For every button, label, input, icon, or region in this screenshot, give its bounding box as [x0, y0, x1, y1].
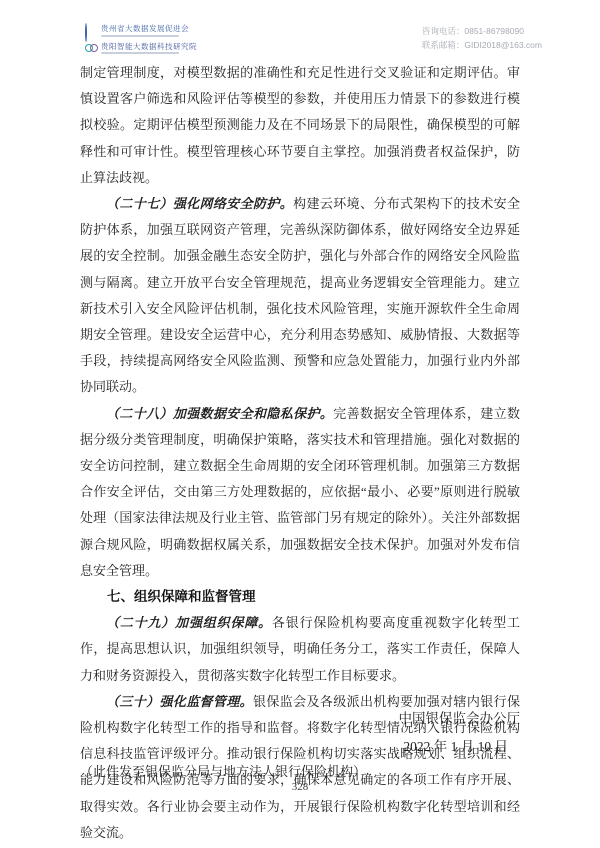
logo-column: 贵州省大数据发展促进会 贵阳智能大数据科技研究院: [85, 24, 197, 54]
contact-phone-line: 咨询电话：0851-86798090: [422, 24, 542, 38]
association-logo-text: 贵州省大数据发展促进会: [101, 24, 189, 37]
paragraph-27: （二十七）强化网络安全防护。构建云环境、分布式架构下的技术安全防护体系，加强互联…: [80, 191, 520, 401]
institute-logo: 贵阳智能大数据科技研究院: [85, 42, 197, 55]
phone-label: 咨询电话：: [422, 26, 465, 36]
institute-name: 贵阳智能大数据科技研究院: [101, 42, 197, 51]
institute-subtitle-bar: [101, 52, 179, 54]
contact-info: 咨询电话：0851-86798090 联系邮箱：GIDI2018@163.com: [422, 24, 542, 52]
paragraph-27-text: 构建云环境、分布式架构下的技术安全防护体系，加强互联网资产管理，完善纵深防御体系…: [80, 196, 520, 394]
association-logo: 贵州省大数据发展促进会: [85, 24, 197, 37]
email-value: GIDI2018@163.com: [464, 40, 542, 50]
paragraph-29: （二十九）加强组织保障。各银行保险机构要高度重视数字化转型工作，提高思想认识，加…: [80, 610, 520, 689]
association-name: 贵州省大数据发展促进会: [101, 24, 189, 33]
institute-swirl-icon: [85, 42, 97, 54]
paragraph-28: （二十八）加强数据安全和隐私保护。完善数据安全管理体系，建立数据分级分类管理制度…: [80, 401, 520, 584]
phone-value: 0851-86798090: [464, 26, 524, 36]
paragraph-28-lead: （二十八）加强数据安全和隐私保护。: [106, 406, 333, 421]
paragraph-30-lead: （三十）强化监督管理。: [106, 694, 253, 709]
issue-date: 2022 年 1 月 10 日: [403, 734, 508, 760]
page-number: 328: [0, 781, 600, 793]
page-header: 贵州省大数据发展促进会 贵阳智能大数据科技研究院 咨询电话：0851-86798…: [85, 24, 542, 54]
paragraph-29-lead: （二十九）加强组织保障。: [106, 615, 272, 630]
continuation-paragraph: 制定管理制度，对模型数据的准确性和充足性进行交叉验证和定期评估。审慎设置客户筛选…: [80, 60, 520, 191]
contact-email-line: 联系邮箱：GIDI2018@163.com: [422, 38, 542, 52]
email-label: 联系邮箱：: [422, 40, 465, 50]
association-subtitle-bar: [101, 35, 179, 37]
paragraph-28-text: 完善数据安全管理体系，建立数据分级分类管理制度，明确保护策略，落实技术和管理措施…: [80, 406, 520, 578]
issuing-office: 中国银保监会办公厅: [399, 706, 521, 732]
document-page: 贵州省大数据发展促进会 贵阳智能大数据科技研究院 咨询电话：0851-86798…: [0, 0, 600, 848]
association-ring-icon: [85, 24, 97, 36]
institute-logo-text: 贵阳智能大数据科技研究院: [101, 42, 197, 55]
section-heading: 七、组织保障和监督管理: [80, 584, 520, 610]
paragraph-27-lead: （二十七）强化网络安全防护。: [106, 196, 293, 211]
